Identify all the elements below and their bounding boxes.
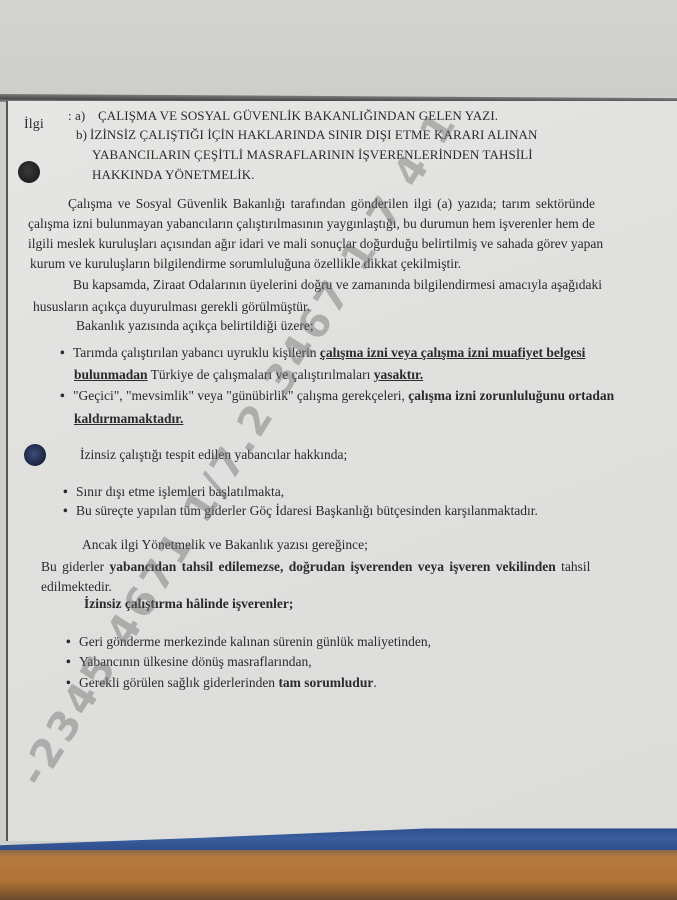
paragraph-1-line-4: kurum ve kuruluşların bilgilendirme soru…: [30, 256, 461, 272]
paragraph-2-line-2: hususların açıkça duyurulması gerekli gö…: [33, 299, 310, 315]
reference-b-marker: b): [76, 127, 87, 143]
foreigner-bullet-2: Bu süreçte yapılan tüm giderler Göç İdar…: [76, 503, 538, 519]
paragraph-1-line-3: ilgili meslek kuruluşları açısından ağır…: [28, 236, 603, 252]
paragraph-3-line-1: Ancak ilgi Yönetmelik ve Bakanlık yazısı…: [82, 537, 368, 553]
document-page: [6, 101, 677, 841]
ministry-bullet-1-line-2: bulunmadan Türkiye de çalışmaları ve çal…: [74, 367, 423, 383]
punch-hole-icon: [18, 161, 40, 183]
ministry-bullet-1-line-1: Tarımda çalıştırılan yabancı uyruklu kiş…: [73, 345, 585, 361]
reference-a-marker: : a): [68, 108, 85, 124]
employer-bullet-3: Gerekli görülen sağlık giderlerinden tam…: [79, 675, 377, 691]
paragraph-1-line-1: Çalışma ve Sosyal Güvenlik Bakanlığı tar…: [68, 196, 595, 212]
reference-b-line-1: İZİNSİZ ÇALIŞTIĞI İÇİN HAKLARINDA SINIR …: [90, 127, 538, 143]
paragraph-3-line-3: edilmektedir.: [41, 579, 112, 595]
reference-b-line-2: YABANCILARIN ÇEŞİTLİ MASRAFLARININ İŞVER…: [92, 147, 533, 163]
ministry-bullet-2-line-1: "Geçici", "mevsimlik" veya "günübirlik" …: [73, 388, 614, 404]
ministry-intro: Bakanlık yazısında açıkça belirtildiği ü…: [76, 318, 314, 334]
paragraph-3-line-2: Bu giderler yabancıdan tahsil edilemezse…: [41, 559, 590, 575]
background-paper: [0, 0, 677, 96]
punch-hole-icon: [24, 444, 46, 466]
reference-b-line-3: HAKKINDA YÖNETMELİK.: [92, 167, 255, 183]
reference-label: İlgi: [24, 117, 44, 133]
wooden-table-edge: [0, 850, 677, 900]
paragraph-1-line-2: çalışma izni bulunmayan yabancıların çal…: [28, 216, 595, 232]
ministry-bullet-2-line-2: kaldırmamaktadır.: [74, 411, 183, 427]
